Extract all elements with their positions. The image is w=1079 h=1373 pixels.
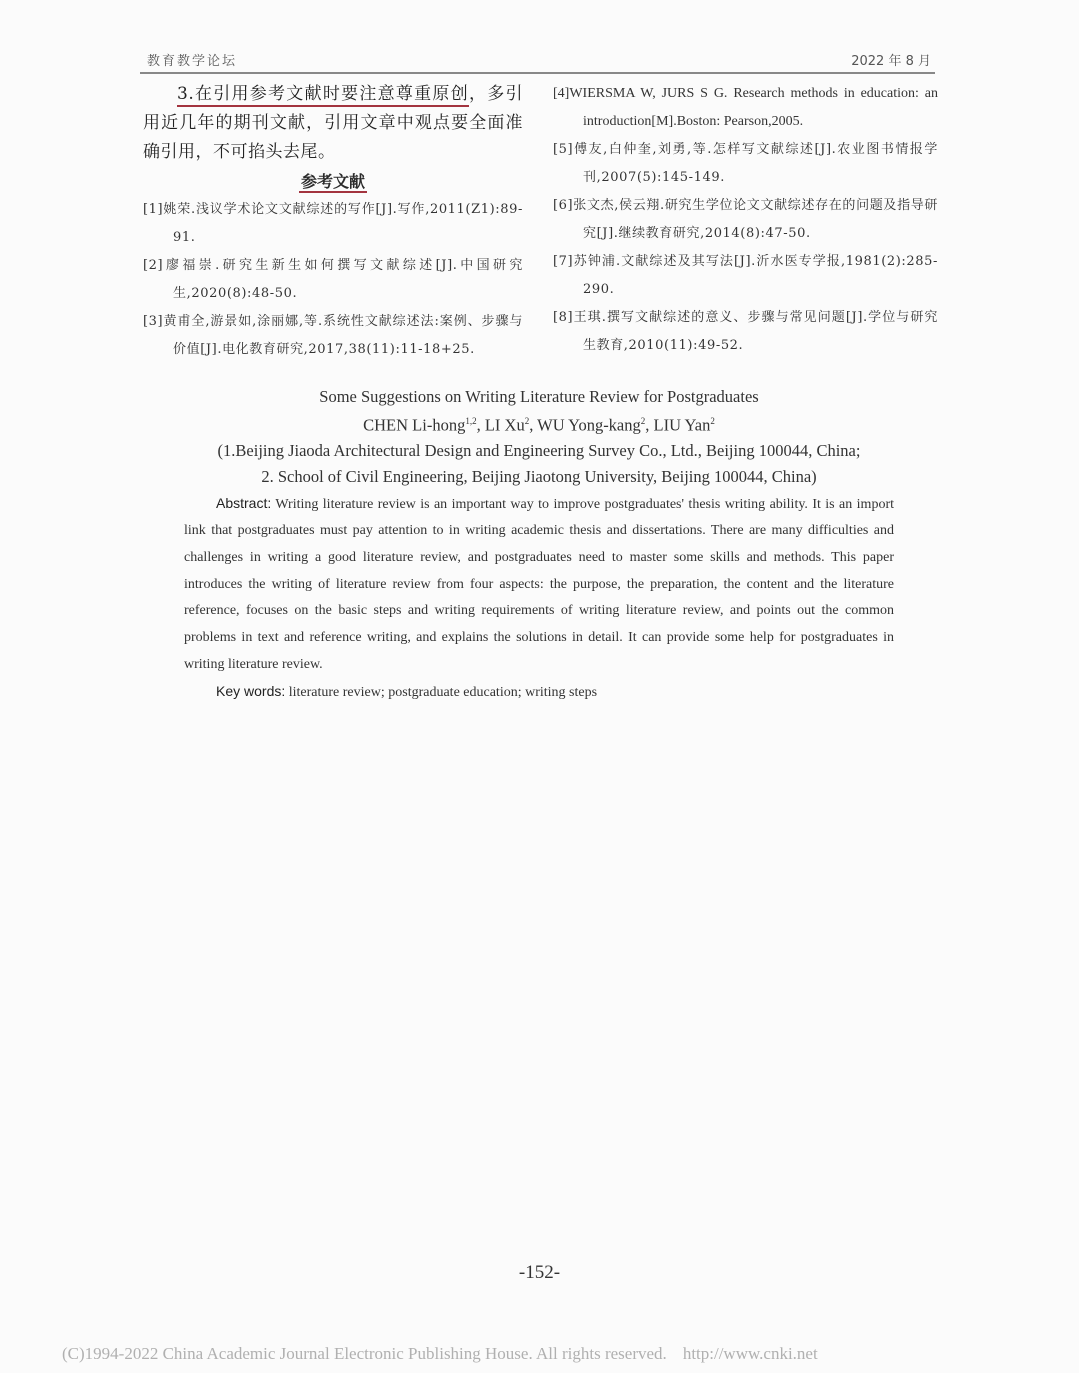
abstract-label: Abstract: xyxy=(216,495,271,511)
author-affiliation-mark: 1,2 xyxy=(465,416,476,426)
english-authors: CHEN Li-hong1,2, LI Xu2, WU Yong-kang2, … xyxy=(184,409,894,438)
keywords-line: Key words: literature review; postgradua… xyxy=(184,678,894,706)
references-heading: 参考文献 xyxy=(143,169,523,192)
highlighted-sentence: 3.在引用参考文献时要注意尊重原创 xyxy=(177,84,469,107)
reference-item: [8]王琪.撰写文献综述的意义、步骤与常见问题[J].学位与研究生教育,2010… xyxy=(553,304,938,360)
header-divider xyxy=(140,72,935,74)
reference-number: [3] xyxy=(143,314,163,329)
reference-item: [5]傅友,白仲奎,刘勇,等.怎样写文献综述[J].农业图书情报学刊,2007(… xyxy=(553,136,938,192)
affiliation-1: (1.Beijing Jiaoda Architectural Design a… xyxy=(184,438,894,464)
reference-number: [1] xyxy=(143,202,163,217)
reference-number: [2] xyxy=(143,258,163,273)
reference-item: [1]姚荣.浅议学术论文文献综述的写作[J].写作,2011(Z1):89-91… xyxy=(143,196,523,252)
left-column: 3.在引用参考文献时要注意尊重原创，多引用近几年的期刊文献，引用文章中观点要全面… xyxy=(143,80,523,364)
references-heading-text: 参考文献 xyxy=(299,172,367,193)
author-name: WU Yong-kang xyxy=(537,416,641,435)
running-header-journal: 教育教学论坛 xyxy=(147,50,237,69)
reference-number: [8] xyxy=(553,310,573,325)
keywords-text: literature review; postgraduate educatio… xyxy=(289,685,597,700)
author-affiliation-mark: 2 xyxy=(641,416,646,426)
reference-text: 张文杰,侯云翔.研究生学位论文文献综述存在的问题及指导研究[J].继续教育研究,… xyxy=(573,198,938,241)
reference-item: [2]廖福崇.研究生新生如何撰写文献综述[J].中国研究生,2020(8):48… xyxy=(143,252,523,308)
reference-text: 苏钟浦.文献综述及其写法[J].沂水医专学报,1981(2):285-290. xyxy=(573,254,938,297)
reference-item: [4]WIERSMA W, JURS S G. Research methods… xyxy=(553,80,938,136)
reference-item: [7]苏钟浦.文献综述及其写法[J].沂水医专学报,1981(2):285-29… xyxy=(553,248,938,304)
reference-number: [4] xyxy=(553,86,569,101)
reference-text: 廖福崇.研究生新生如何撰写文献综述[J].中国研究生,2020(8):48-50… xyxy=(163,258,523,301)
affiliation-2: 2. School of Civil Engineering, Beijing … xyxy=(184,464,894,490)
author-affiliation-mark: 2 xyxy=(710,416,715,426)
reference-text: 姚荣.浅议学术论文文献综述的写作[J].写作,2011(Z1):89-91. xyxy=(163,202,523,245)
cnki-url: http://www.cnki.net xyxy=(683,1344,818,1363)
abstract-text: Writing literature review is an importan… xyxy=(184,497,894,672)
copyright-text: (C)1994-2022 China Academic Journal Elec… xyxy=(62,1344,667,1363)
english-abstract-block: Some Suggestions on Writing Literature R… xyxy=(184,384,894,706)
running-header-date: 2022 年 8 月 xyxy=(851,50,931,69)
author-name: CHEN Li-hong xyxy=(363,416,465,435)
author-name: LI Xu xyxy=(485,416,525,435)
point-3-paragraph: 3.在引用参考文献时要注意尊重原创，多引用近几年的期刊文献，引用文章中观点要全面… xyxy=(143,80,523,167)
reference-text: 黄甫全,游景如,涂丽娜,等.系统性文献综述法:案例、步骤与价值[J].电化教育研… xyxy=(163,314,523,357)
keywords-label: Key words: xyxy=(216,683,285,699)
reference-number: [5] xyxy=(553,142,573,157)
english-title: Some Suggestions on Writing Literature R… xyxy=(184,384,894,409)
reference-number: [6] xyxy=(553,198,573,213)
reference-text: WIERSMA W, JURS S G. Research methods in… xyxy=(569,86,938,129)
copyright-watermark: (C)1994-2022 China Academic Journal Elec… xyxy=(62,1344,818,1364)
reference-text: 傅友,白仲奎,刘勇,等.怎样写文献综述[J].农业图书情报学刊,2007(5):… xyxy=(573,142,938,185)
page-number: -152- xyxy=(0,1262,1079,1284)
author-name: LIU Yan xyxy=(654,416,711,435)
reference-text: 王琪.撰写文献综述的意义、步骤与常见问题[J].学位与研究生教育,2010(11… xyxy=(573,310,938,353)
reference-number: [7] xyxy=(553,254,573,269)
reference-item: [3]黄甫全,游景如,涂丽娜,等.系统性文献综述法:案例、步骤与价值[J].电化… xyxy=(143,308,523,364)
author-affiliation-mark: 2 xyxy=(525,416,530,426)
abstract-paragraph: Abstract: Writing literature review is a… xyxy=(184,490,894,679)
reference-item: [6]张文杰,侯云翔.研究生学位论文文献综述存在的问题及指导研究[J].继续教育… xyxy=(553,192,938,248)
right-column: [4]WIERSMA W, JURS S G. Research methods… xyxy=(553,80,938,360)
